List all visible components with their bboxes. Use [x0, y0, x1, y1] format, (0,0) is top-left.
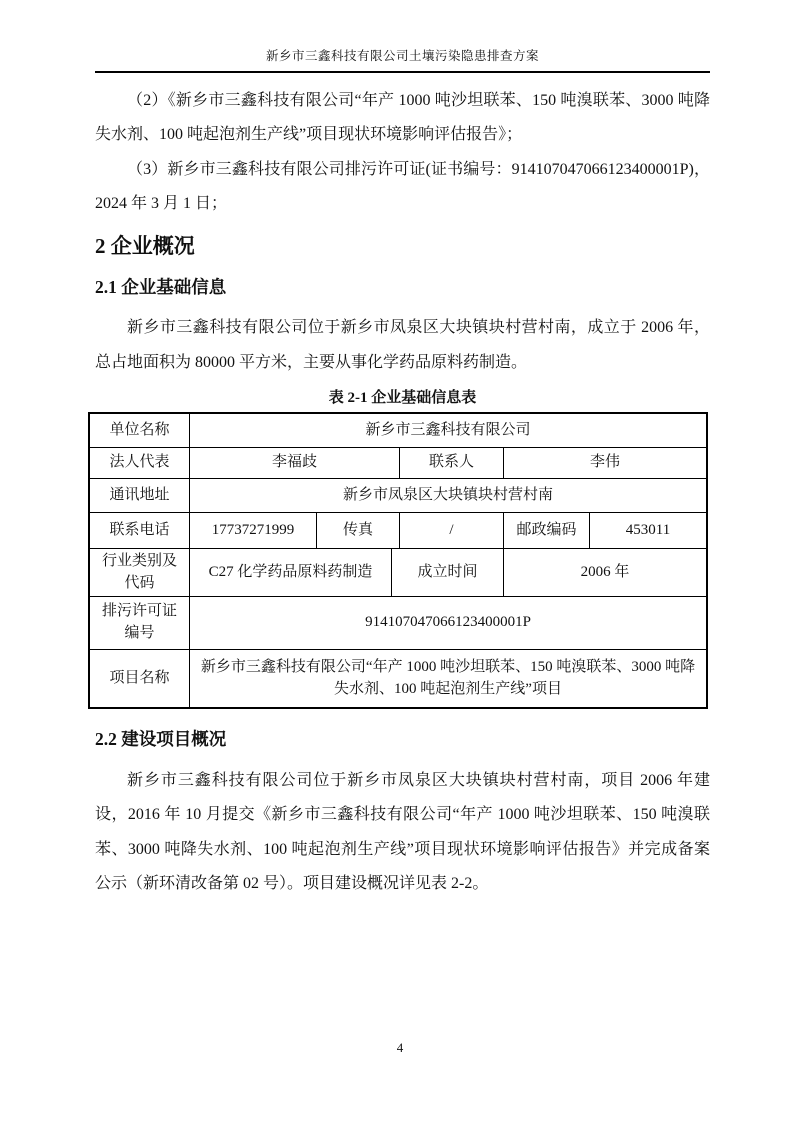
paragraph-ref-2: （2）《新乡市三鑫科技有限公司“年产 1000 吨沙坦联苯、150 吨溴联苯、3…: [95, 84, 710, 153]
table-cell-label: 行业类别及 代码: [90, 549, 190, 596]
table-cell-value: 李福歧: [190, 448, 400, 478]
table-cell-value: /: [400, 513, 504, 548]
table-cell-label: 联系电话: [90, 513, 190, 548]
table-cell-value: 453011: [590, 513, 706, 548]
table-row: 单位名称 新乡市三鑫科技有限公司: [90, 414, 706, 448]
table-cell-value: 2006 年: [504, 549, 706, 596]
table-cell-value: 914107047066123400001P: [190, 597, 706, 649]
table-cell-label: 法人代表: [90, 448, 190, 478]
table-row: 排污许可证 编号 914107047066123400001P: [90, 597, 706, 650]
table-cell-value: C27 化学药品原料药制造: [190, 549, 392, 596]
page-number: 4: [0, 1040, 800, 1056]
table-row: 通讯地址 新乡市凤泉区大块镇块村营村南: [90, 479, 706, 513]
section-heading-2: 2 企业概况: [95, 232, 710, 261]
section-2-1-paragraph: 新乡市三鑫科技有限公司位于新乡市凤泉区大块镇块村营村南，成立于 2006 年，总…: [95, 311, 710, 380]
table-cell-value: 17737271999: [190, 513, 317, 548]
table-cell-value: 新乡市三鑫科技有限公司: [190, 414, 706, 447]
table-cell-label: 排污许可证 编号: [90, 597, 190, 649]
table-cell-label: 联系人: [400, 448, 504, 478]
table-row: 行业类别及 代码 C27 化学药品原料药制造 成立时间 2006 年: [90, 549, 706, 597]
header-title: 新乡市三鑫科技有限公司土壤污染隐患排查方案: [266, 49, 539, 63]
table-cell-label: 邮政编码: [504, 513, 590, 548]
company-info-table: 单位名称 新乡市三鑫科技有限公司 法人代表 李福歧 联系人 李伟 通讯地址 新乡…: [88, 412, 708, 709]
table-cell-label: 传真: [317, 513, 400, 548]
document-page: 新乡市三鑫科技有限公司土壤污染隐患排查方案 （2）《新乡市三鑫科技有限公司“年产…: [0, 0, 800, 1131]
table-cell-value: 新乡市凤泉区大块镇块村营村南: [190, 479, 706, 512]
table-row: 项目名称 新乡市三鑫科技有限公司“年产 1000 吨沙坦联苯、150 吨溴联苯、…: [90, 650, 706, 707]
table-cell-label: 成立时间: [392, 549, 504, 596]
document-header: 新乡市三鑫科技有限公司土壤污染隐患排查方案: [95, 46, 710, 73]
table-row: 联系电话 17737271999 传真 / 邮政编码 453011: [90, 513, 706, 549]
section-2-2-paragraph: 新乡市三鑫科技有限公司位于新乡市凤泉区大块镇块村营村南，项目 2006 年建设，…: [95, 764, 710, 902]
table-cell-value: 新乡市三鑫科技有限公司“年产 1000 吨沙坦联苯、150 吨溴联苯、3000 …: [190, 650, 706, 707]
table-cell-label: 单位名称: [90, 414, 190, 447]
table-row: 法人代表 李福歧 联系人 李伟: [90, 448, 706, 479]
table-cell-label: 通讯地址: [90, 479, 190, 512]
table-cell-value: 李伟: [504, 448, 706, 478]
table-caption: 表 2-1 企业基础信息表: [95, 386, 710, 407]
paragraph-ref-3: （3）新乡市三鑫科技有限公司排污许可证(证书编号：914107047066123…: [95, 153, 710, 222]
table-cell-label: 项目名称: [90, 650, 190, 707]
section-heading-2-1: 2.1 企业基础信息: [95, 275, 710, 300]
section-heading-2-2: 2.2 建设项目概况: [95, 727, 710, 752]
